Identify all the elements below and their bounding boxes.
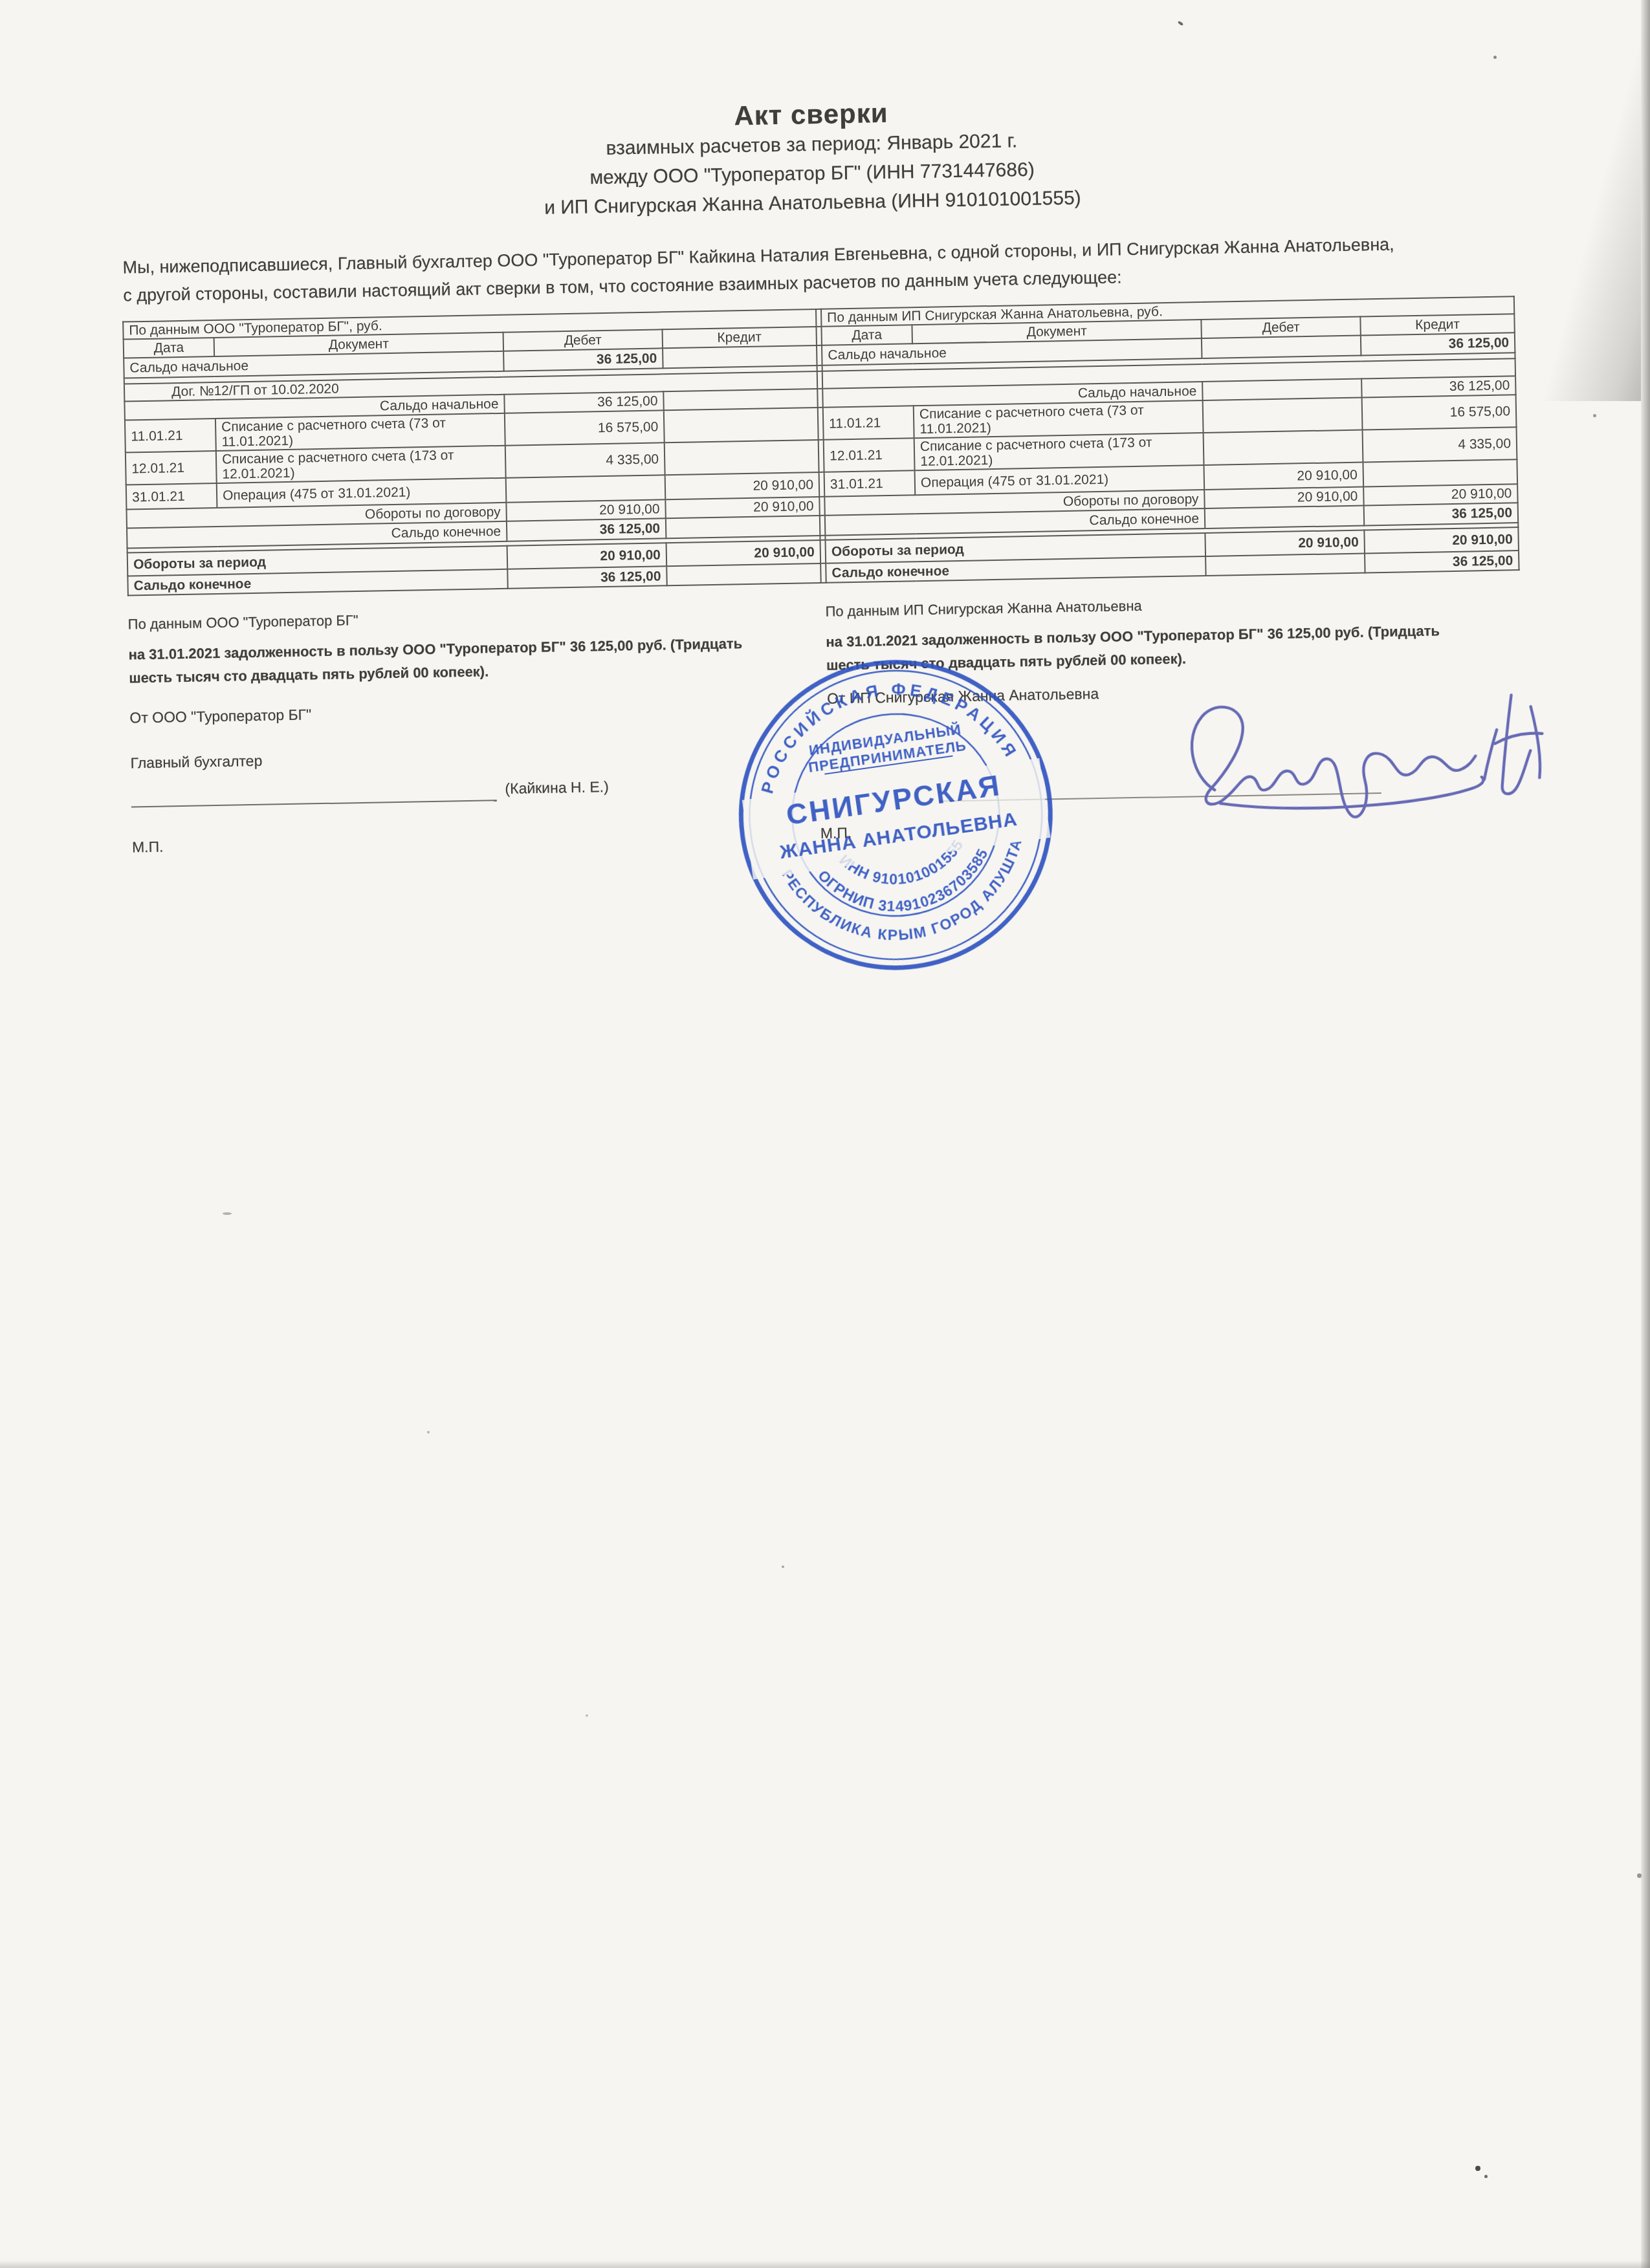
scan-speck <box>782 1565 784 1568</box>
signature-initial-stroke-1 <box>1482 730 1499 780</box>
conclusion-left-heading: По данным ООО "Туроператор БГ" <box>127 604 804 633</box>
sign-left-mp: М.П. <box>132 838 164 856</box>
scan-speck <box>1484 2175 1488 2178</box>
contract-closing-credit-right: 36 125,00 <box>1364 503 1519 525</box>
col-header-debit-right: Дебет <box>1201 317 1360 339</box>
contract-turnover-debit-left: 20 910,00 <box>506 499 665 521</box>
sign-right-mp: М.П. <box>820 824 852 842</box>
period-turnover-debit-left: 20 910,00 <box>507 543 667 569</box>
scan-speck <box>1493 56 1497 59</box>
signature-initial-stroke-2 <box>1497 694 1533 794</box>
col-header-debit-left: Дебет <box>503 329 663 351</box>
contract-closing-debit-left: 36 125,00 <box>507 518 666 541</box>
closing-balance-credit-right: 36 125,00 <box>1365 551 1519 572</box>
document-header: Акт сверки взаимных расчетов за период: … <box>196 88 1427 229</box>
col-header-credit-left: Кредит <box>663 327 817 348</box>
sign-left-signature-line <box>131 784 496 807</box>
divider-cell <box>817 365 822 371</box>
scan-speck <box>586 1714 588 1717</box>
sign-left-name: (Кайкина Н. Е.) <box>505 778 609 798</box>
scanned-document-page: Акт сверки взаимных расчетов за период: … <box>0 0 1650 2268</box>
scan-speck <box>1475 2166 1480 2171</box>
tx1-date-right: 11.01.21 <box>823 406 914 440</box>
tx1-credit-left <box>664 408 819 442</box>
contract-opening-debit-right <box>1202 379 1361 401</box>
contract-turnover-debit-right: 20 910,00 <box>1204 487 1363 509</box>
opening-balance-credit-right: 36 125,00 <box>1361 333 1515 355</box>
tx1-credit-right: 16 575,00 <box>1362 395 1517 430</box>
opening-balance-debit-right <box>1202 336 1361 359</box>
col-header-date-right: Дата <box>821 325 912 345</box>
tx1-debit-right <box>1203 398 1363 433</box>
scan-speck <box>1593 414 1596 417</box>
col-header-credit-right: Кредит <box>1360 314 1515 335</box>
tx2-credit-right: 4 335,00 <box>1363 427 1517 462</box>
signature-flourish-stroke <box>1220 777 1484 814</box>
closing-balance-debit-left: 36 125,00 <box>507 566 667 589</box>
scan-bottom-edge-shadow <box>0 2260 1650 2268</box>
handwritten-signature <box>1155 662 1578 865</box>
tx3-date-left: 31.01.21 <box>126 483 217 510</box>
tx3-debit-right: 20 910,00 <box>1204 463 1364 490</box>
col-header-date-left: Дата <box>124 338 215 358</box>
contract-closing-credit-left <box>666 516 820 538</box>
tx1-doc-left: Списание с расчетного счета (73 от 11.01… <box>215 413 505 451</box>
tx2-credit-left <box>665 440 819 475</box>
closing-balance-debit-right <box>1205 553 1365 576</box>
contract-turnover-credit-right: 20 910,00 <box>1363 484 1518 505</box>
contract-opening-debit-left: 36 125,00 <box>504 391 663 413</box>
ip-round-stamp: РОССИЙСКАЯ ФЕДЕРАЦИЯ РЕСПУБЛИКА КРЫМ ГОР… <box>716 637 1075 993</box>
scan-right-edge-shadow <box>1641 0 1650 2268</box>
tx2-date-right: 12.01.21 <box>824 438 915 472</box>
contract-opening-credit-right: 36 125,00 <box>1361 376 1516 397</box>
contract-opening-credit-left <box>663 389 818 410</box>
tx2-date-left: 12.01.21 <box>126 451 217 485</box>
opening-balance-credit-left <box>663 345 817 368</box>
conclusion-right-heading: По данным ИП Снигурская Жанна Анатольевн… <box>825 591 1521 620</box>
period-turnover-debit-right: 20 910,00 <box>1205 530 1365 557</box>
sign-left-from: От ООО "Туроператор БГ" <box>129 706 311 726</box>
intro-paragraph: Мы, нижеподписавшиеся, Главный бухгалтер… <box>122 228 1540 309</box>
tx3-date-right: 31.01.21 <box>824 470 916 497</box>
signature-initial-stroke-3 <box>1531 706 1541 778</box>
contract-turnover-credit-left: 20 910,00 <box>665 497 820 518</box>
tx1-doc-right: Списание с расчетного счета (73 от 11.01… <box>914 400 1204 438</box>
period-turnover-credit-left: 20 910,00 <box>666 540 821 566</box>
tx2-doc-right: Списание с расчетного счета (173 от 12.0… <box>914 433 1204 470</box>
contract-closing-debit-right <box>1205 506 1365 529</box>
scan-corner-shadow <box>1534 0 1650 401</box>
document-content: Акт сверки взаимных расчетов за период: … <box>0 0 1650 2267</box>
scan-speck <box>427 1431 430 1434</box>
conclusion-left: По данным ООО "Туроператор БГ" на 31.01.… <box>127 604 805 690</box>
scan-speck <box>1637 1873 1642 1878</box>
closing-balance-credit-left <box>666 563 821 585</box>
signature-initial-stroke-4 <box>1495 733 1543 744</box>
tx2-debit-right <box>1204 430 1363 465</box>
sign-left-role: Главный бухгалтер <box>130 752 262 772</box>
tx1-debit-left: 16 575,00 <box>505 410 665 445</box>
tx3-debit-left <box>506 475 666 503</box>
tx1-date-left: 11.01.21 <box>125 419 216 453</box>
tx2-doc-left: Списание с расчетного счета (173 от 12.0… <box>216 446 506 483</box>
period-turnover-credit-right: 20 910,00 <box>1364 527 1519 553</box>
opening-balance-debit-left: 36 125,00 <box>503 348 663 371</box>
tx3-credit-right <box>1363 459 1517 486</box>
tx3-credit-left: 20 910,00 <box>665 472 820 499</box>
reconciliation-table: По данным ООО "Туроператор БГ", руб. По … <box>122 296 1519 596</box>
tx2-debit-left: 4 335,00 <box>505 442 665 477</box>
scan-speck <box>223 1212 232 1215</box>
